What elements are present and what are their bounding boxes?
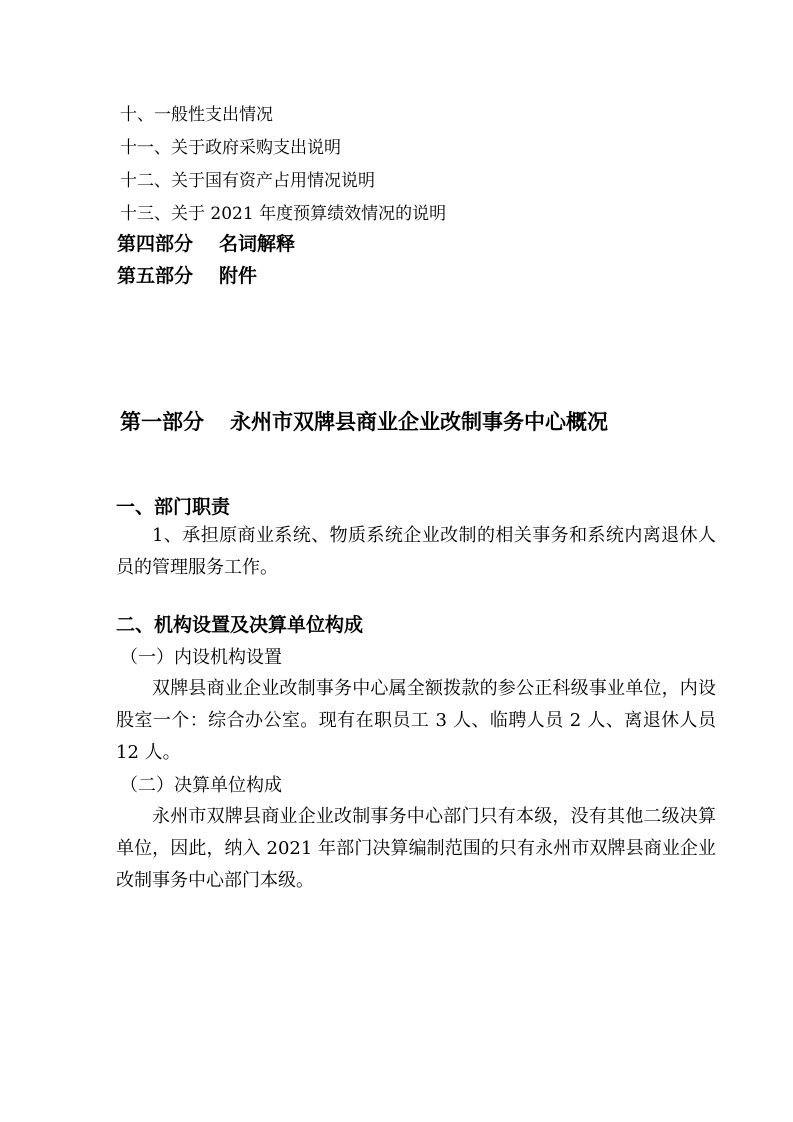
section-heading-structure: 二、机构设置及决算单位构成: [116, 610, 363, 637]
duties-paragraph: 1、承担原商业系统、物质系统企业改制的相关事务和系统内离退休人员的管理服务工作。: [116, 520, 716, 584]
part-one-number: 第一部分: [120, 410, 204, 434]
section-heading-duties: 一、部门职责: [116, 492, 230, 519]
toc-part-4: 第四部分名词解释: [117, 229, 295, 256]
toc-part-4-title: 名词解释: [219, 233, 295, 255]
toc-part-4-number: 第四部分: [117, 233, 193, 255]
accounting-units-paragraph: 永州市双牌县商业企业改制事务中心部门只有本级，没有其他二级决算单位，因此，纳入 …: [116, 801, 716, 897]
internal-setup-paragraph: 双牌县商业企业改制事务中心属全额拨款的参公正科级事业单位，内设股室一个：综合办公…: [116, 673, 716, 769]
part-one-name: 永州市双牌县商业企业改制事务中心概况: [230, 410, 608, 434]
toc-item-13: 十三、关于 2021 年度预算绩效情况的说明: [120, 199, 446, 224]
subheading-internal-setup: （一）内设机构设置: [120, 643, 282, 669]
toc-item-11: 十一、关于政府采购支出说明: [120, 133, 341, 158]
toc-item-10: 十、一般性支出情况: [120, 100, 273, 125]
subheading-accounting-units: （二）决算单位构成: [120, 771, 282, 797]
toc-part-5: 第五部分附件: [117, 261, 257, 288]
toc-item-12: 十二、关于国有资产占用情况说明: [120, 166, 375, 191]
toc-part-5-title: 附件: [219, 265, 257, 287]
toc-part-5-number: 第五部分: [117, 265, 193, 287]
part-one-title: 第一部分永州市双牌县商业企业改制事务中心概况: [120, 406, 608, 436]
